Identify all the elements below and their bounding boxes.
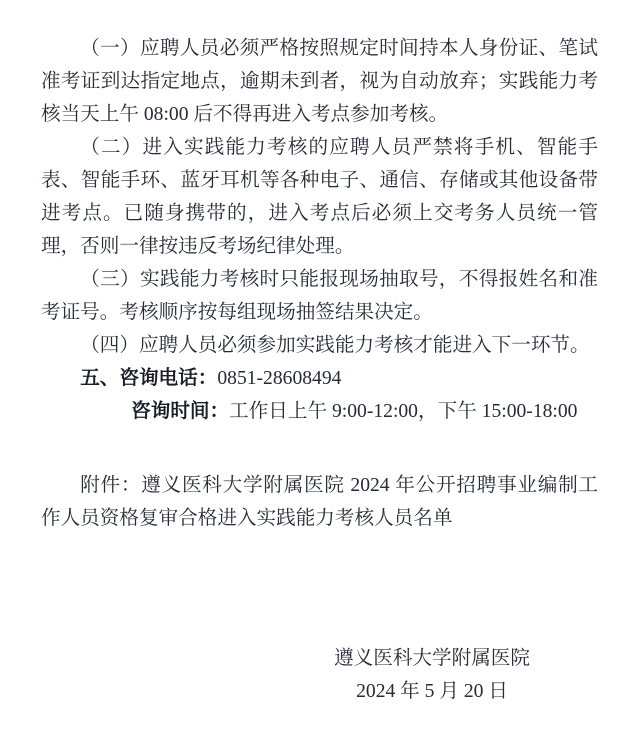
document-body: （一）应聘人员必须严格按照规定时间持本人身份证、笔试准考证到达指定地点，逾期未到…	[41, 32, 598, 708]
document-page: （一）应聘人员必须严格按照规定时间持本人身份证、笔试准考证到达指定地点，逾期未到…	[0, 0, 638, 755]
contact-phone-line: 五、咨询电话：0851-28608494	[41, 362, 598, 395]
attachment-label: 附件：	[80, 475, 141, 496]
signature-block: 遵义医科大学附属医院 2024 年 5 月 20 日	[334, 642, 530, 708]
clause-2: （二）进入实践能力考核的应聘人员严禁将手机、智能手表、智能手环、蓝牙耳机等各种电…	[41, 131, 598, 263]
signature-date: 2024 年 5 月 20 日	[334, 675, 530, 708]
clause-1: （一）应聘人员必须严格按照规定时间持本人身份证、笔试准考证到达指定地点，逾期未到…	[41, 32, 598, 131]
contact-hours-line: 咨询时间：工作日上午 9:00-12:00，下午 15:00-18:00	[41, 395, 598, 428]
phone-label: 五、咨询电话：	[80, 368, 217, 389]
signature-org: 遵义医科大学附属医院	[334, 642, 530, 675]
attachment-line: 附件：遵义医科大学附属医院 2024 年公开招聘事业编制工作人员资格复审合格进入…	[41, 469, 598, 535]
clause-3: （三）实践能力考核时只能报现场抽取号，不得报姓名和准考证号。考核顺序按每组现场抽…	[41, 263, 598, 329]
hours-value: 工作日上午 9:00-12:00，下午 15:00-18:00	[229, 401, 577, 422]
phone-number: 0851-28608494	[217, 368, 341, 389]
clause-4: （四）应聘人员必须参加实践能力考核才能进入下一环节。	[41, 329, 598, 362]
hours-label: 咨询时间：	[131, 401, 229, 422]
